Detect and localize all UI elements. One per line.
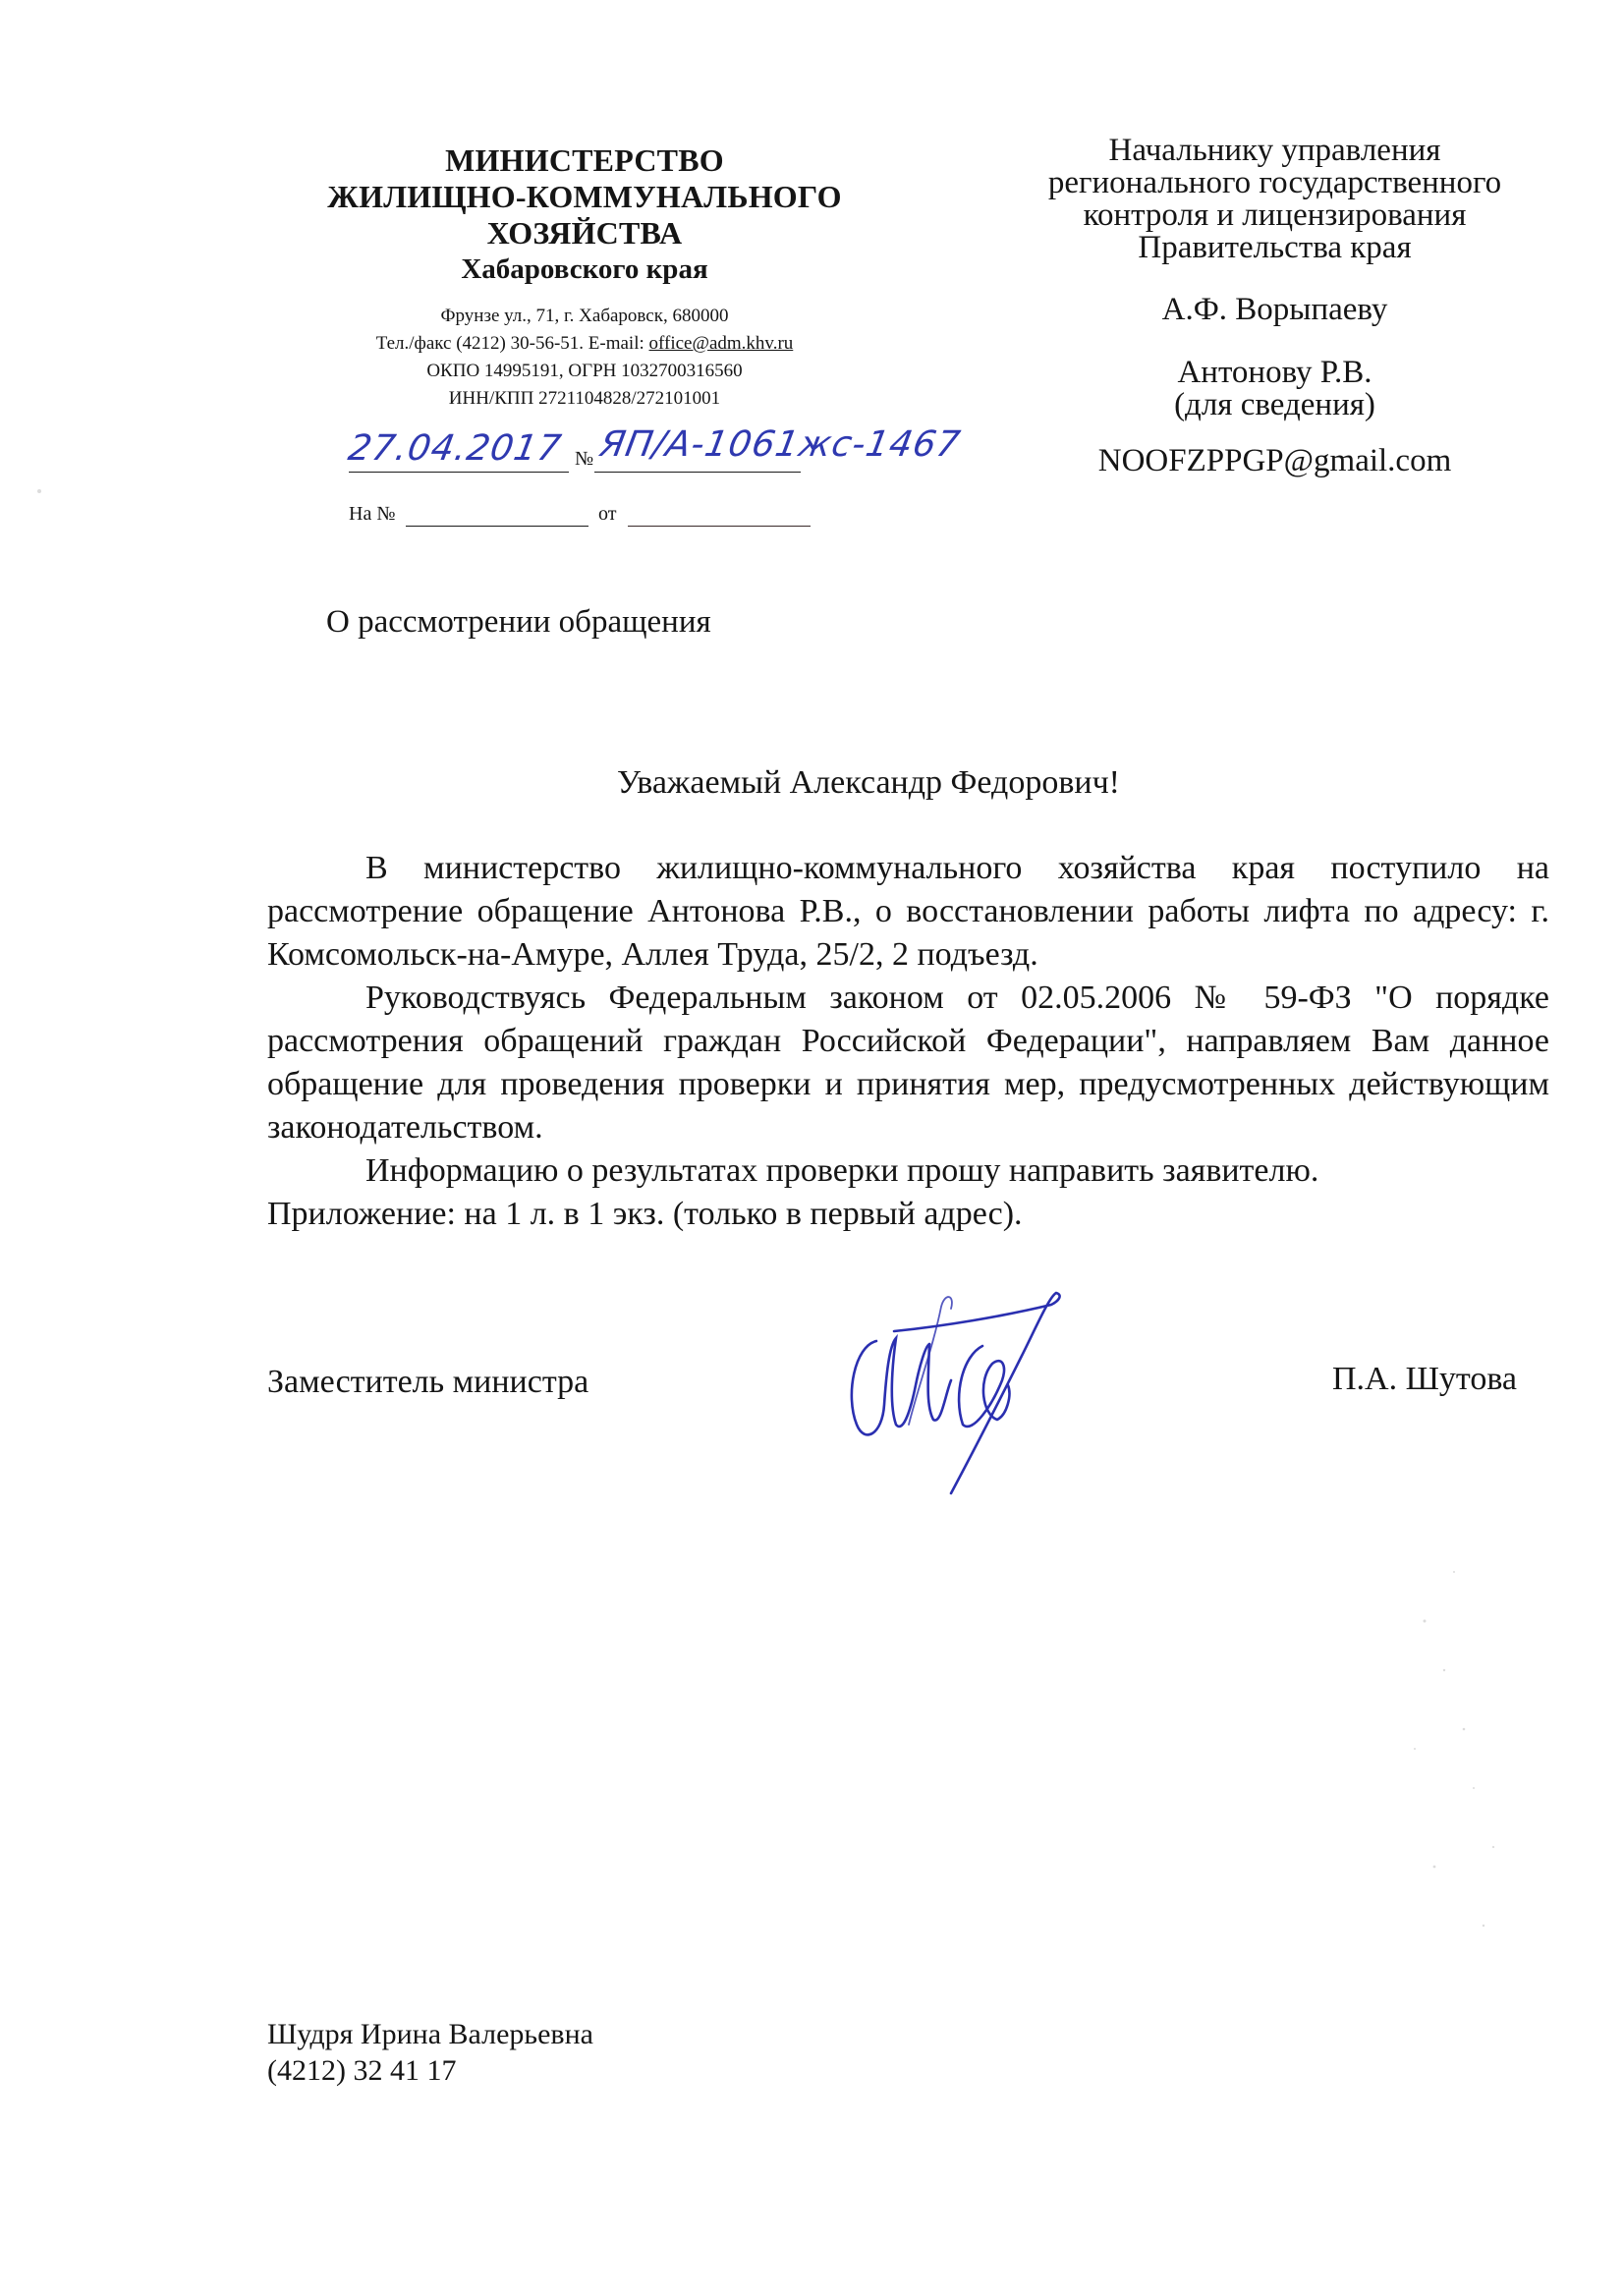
copy-recipient-email: NOOFZPPGP@gmail.com [997, 443, 1552, 478]
copy-recipient-name: Антонову Р.В. [997, 357, 1552, 389]
sender-phone: Тел./факс (4212) 30-56-51. E-mail: [376, 333, 649, 354]
number-underline [594, 472, 801, 473]
executor-block: Шудря Ирина Валерьевна (4212) 32 41 17 [267, 2016, 593, 2089]
letter-greeting: Уважаемый Александр Федорович! [617, 764, 1120, 802]
reply-number-blank [406, 526, 588, 527]
body-paragraph-1: В министерство жилищно-коммунального хоз… [267, 847, 1549, 977]
sender-inn-kpp: ИНН/КПП 2721104828/272101001 [295, 385, 874, 413]
addressee-block: Начальнику управления регионального госу… [997, 135, 1552, 478]
copy-recipient-note: (для сведения) [997, 389, 1552, 421]
executor-phone: (4212) 32 41 17 [267, 2052, 593, 2089]
registration-date: 27.04.2017 [345, 428, 564, 469]
sender-letterhead: МИНИСТЕРСТВО ЖИЛИЩНО-КОММУНАЛЬНОГО ХОЗЯЙ… [295, 142, 874, 413]
handwritten-signature [835, 1287, 1130, 1503]
attachment-note: Приложение: на 1 л. в 1 экз. (только в п… [267, 1193, 1549, 1236]
registration-number: ЯП/А-1061жс-1467 [596, 424, 964, 465]
sender-org-line-2: ЖИЛИЩНО-КОММУНАЛЬНОГО [295, 179, 874, 215]
sender-email-link[interactable]: office@adm.khv.ru [649, 333, 794, 354]
body-paragraph-3: Информацию о результатах проверки прошу … [267, 1149, 1549, 1193]
signatory-name: П.А. Шутова [1332, 1361, 1517, 1398]
signatory-title: Заместитель министра [267, 1364, 588, 1401]
reply-to-label: На № [349, 503, 395, 526]
addressee-org-line-4: Правительства края [997, 232, 1552, 264]
number-sign: № [575, 448, 593, 471]
sender-phone-line: Тел./факс (4212) 30-56-51. E-mail: offic… [295, 330, 874, 358]
letter-body: В министерство жилищно-коммунального хоз… [267, 847, 1549, 1236]
body-paragraph-2: Руководствуясь Федеральным законом от 02… [267, 977, 1549, 1149]
from-label: от [598, 503, 616, 526]
letter-subject: О рассмотрении обращения [326, 604, 711, 641]
reply-date-blank [628, 526, 811, 527]
sender-org-line-1: МИНИСТЕРСТВО [295, 142, 874, 179]
addressee-org-line-1: Начальнику управления [997, 135, 1552, 167]
date-underline [349, 472, 569, 473]
reply-reference-line: На № от [349, 501, 840, 531]
addressee-org-line-2: регионального государственного [997, 167, 1552, 199]
sender-okpo-ogrn: ОКПО 14995191, ОГРН 1032700316560 [295, 358, 874, 385]
sender-region: Хабаровского края [295, 252, 874, 287]
registration-line: 27.04.2017 № ЯП/А-1061жс-1467 [349, 432, 958, 481]
addressee-org-line-3: контроля и лицензирования [997, 199, 1552, 232]
addressee-name: А.Ф. Ворыпаеву [997, 292, 1552, 327]
sender-org-line-3: ХОЗЯЙСТВА [295, 215, 874, 252]
sender-address: Фрунзе ул., 71, г. Хабаровск, 680000 [295, 303, 874, 330]
executor-name: Шудря Ирина Валерьевна [267, 2016, 593, 2052]
